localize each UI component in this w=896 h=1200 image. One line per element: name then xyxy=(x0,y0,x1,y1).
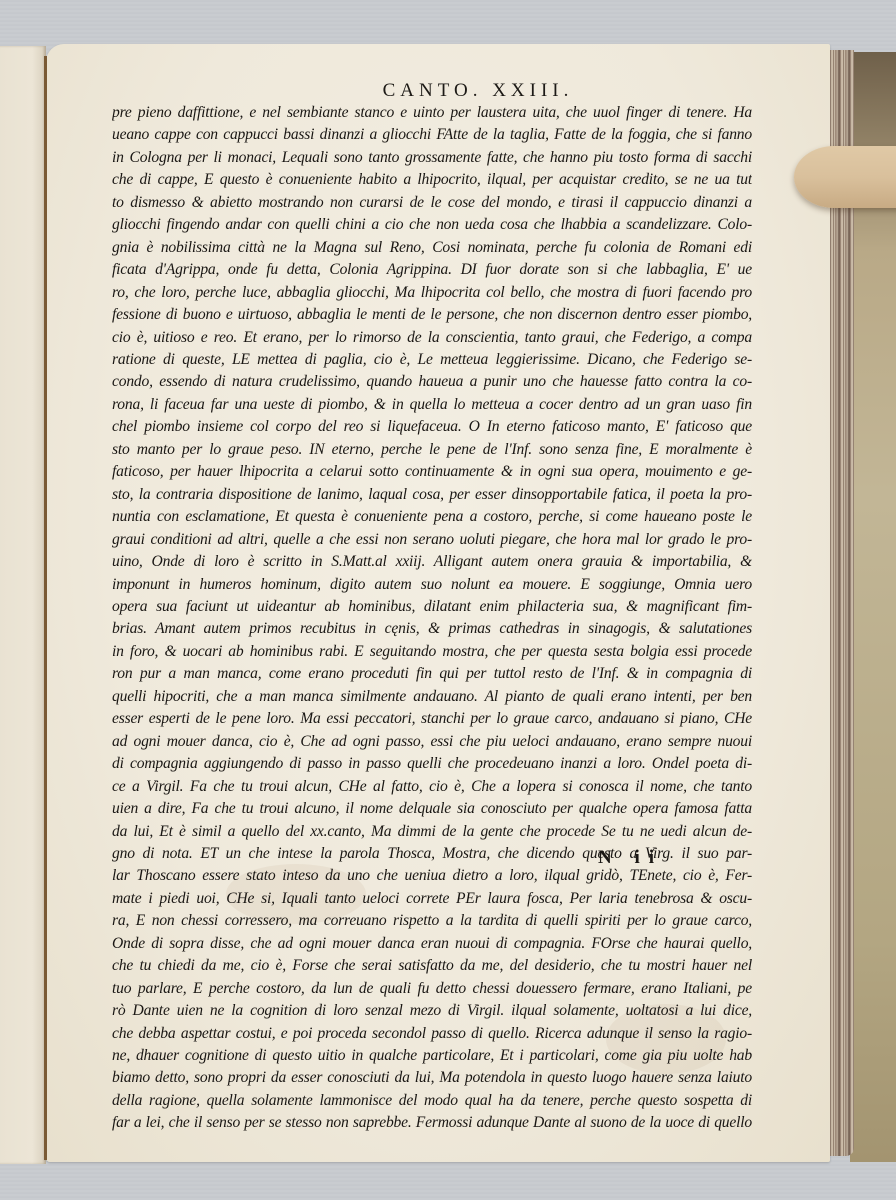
text-line: rona, li faceua far una ueste di piombo,… xyxy=(112,394,752,416)
text-line: nuntia con esclamatione, Et questa è con… xyxy=(112,506,752,528)
text-line: quelli hipocriti, che a man manca similm… xyxy=(112,686,752,708)
left-page-edge xyxy=(0,46,46,1164)
text-line: sto, la contraria dispositione de lanimo… xyxy=(112,484,752,506)
text-line: ron pur a man manca, come erano procedut… xyxy=(112,663,752,685)
text-line: mate i piedi uoi, CHe si, Iquali tanto u… xyxy=(112,888,752,910)
text-line: fessione di buono e uirtuoso, abbaglia l… xyxy=(112,304,752,326)
wooden-bookmark xyxy=(794,146,896,208)
text-line: che tu chiedi da me, cio è, Forse che se… xyxy=(112,955,752,977)
text-line: gnia è nobilissima città ne la Magna sul… xyxy=(112,237,752,259)
text-line: ficata d'Agrippa, onde fu detta, Colonia… xyxy=(112,259,752,281)
text-block: pre pieno daffittione, e nel sembiante s… xyxy=(112,102,752,1135)
text-line: far a lei, che il senso per se stesso no… xyxy=(112,1112,752,1134)
text-line: uien a dire, Fa che tu troui alcuno, il … xyxy=(112,798,752,820)
text-line: condo, essendo di natura crudelissimo, q… xyxy=(112,371,752,393)
text-line: tuo parlare, E perche costoro, da lun de… xyxy=(112,978,752,1000)
text-line: esser esperti de le pene loro. Ma essi p… xyxy=(112,708,752,730)
text-line: ueano cappe con cappucci bassi dinanzi a… xyxy=(112,124,752,146)
text-line: ratione di queste, LE mettea di paglia, … xyxy=(112,349,752,371)
text-line: ce a Virgil. Fa che tu troui alcun, CHe … xyxy=(112,776,752,798)
signature-mark: N ii xyxy=(598,847,663,869)
text-line: sto manto per lo graue peso. IN eterno, … xyxy=(112,439,752,461)
text-line: biamo detto, sono propri da esser conosc… xyxy=(112,1067,752,1089)
book-page: CANTO. XXIII. pre pieno daffittione, e n… xyxy=(46,44,830,1162)
text-line: di compagnia aggiungendo di passo in pas… xyxy=(112,753,752,775)
text-line: ad ogni mouer danca, cio è, Che ad ogni … xyxy=(112,731,752,753)
text-line: to dismesso & abietto mostrando non cura… xyxy=(112,192,752,214)
text-line: faticoso, per hauer lhipocrita a celarui… xyxy=(112,461,752,483)
text-line: che di cappe, E questo è conueniente hab… xyxy=(112,169,752,191)
text-line: che debba aspettar costui, e poi proceda… xyxy=(112,1023,752,1045)
text-line: graui conditioni ad altri, quelle a che … xyxy=(112,529,752,551)
text-line: pre pieno daffittione, e nel sembiante s… xyxy=(112,102,752,124)
text-line: imponunt in humeros hominum, digito aute… xyxy=(112,574,752,596)
text-line: chel piombo insieme col corpo del reo si… xyxy=(112,416,752,438)
text-line: cio è, uitioso e reo. Et erano, per lo r… xyxy=(112,327,752,349)
text-line: uino, Onde di loro è scritto in S.Matt.a… xyxy=(112,551,752,573)
text-line: in Cologna per li monaci, Lequali sono t… xyxy=(112,147,752,169)
text-line: della ragione, quella solamente lammonis… xyxy=(112,1090,752,1112)
book-back-cover xyxy=(850,52,896,1162)
running-head: CANTO. XXIII. xyxy=(46,80,830,102)
text-line: ra, E non chessi corressero, ma correuan… xyxy=(112,910,752,932)
text-line: ro, che loro, perche luce, abbaglia glio… xyxy=(112,282,752,304)
text-line: in foro, & uocari ab hominibus rabi. E s… xyxy=(112,641,752,663)
text-line: rò Dante uien ne la cognition di loro se… xyxy=(112,1000,752,1022)
text-line: brias. Amant autem primos recubitus in c… xyxy=(112,618,752,640)
text-line: gliocchi fingendo andar con quelli chini… xyxy=(112,214,752,236)
text-line: Onde di sopra disse, che ad ogni mouer d… xyxy=(112,933,752,955)
text-line: opera sua faciunt ut uideantur ab homini… xyxy=(112,596,752,618)
text-line: ne, dhauer cognitione di questo uitio in… xyxy=(112,1045,752,1067)
text-line: da lui, Et è simil a quello del xx.canto… xyxy=(112,821,752,843)
gutter-line xyxy=(44,56,47,1160)
